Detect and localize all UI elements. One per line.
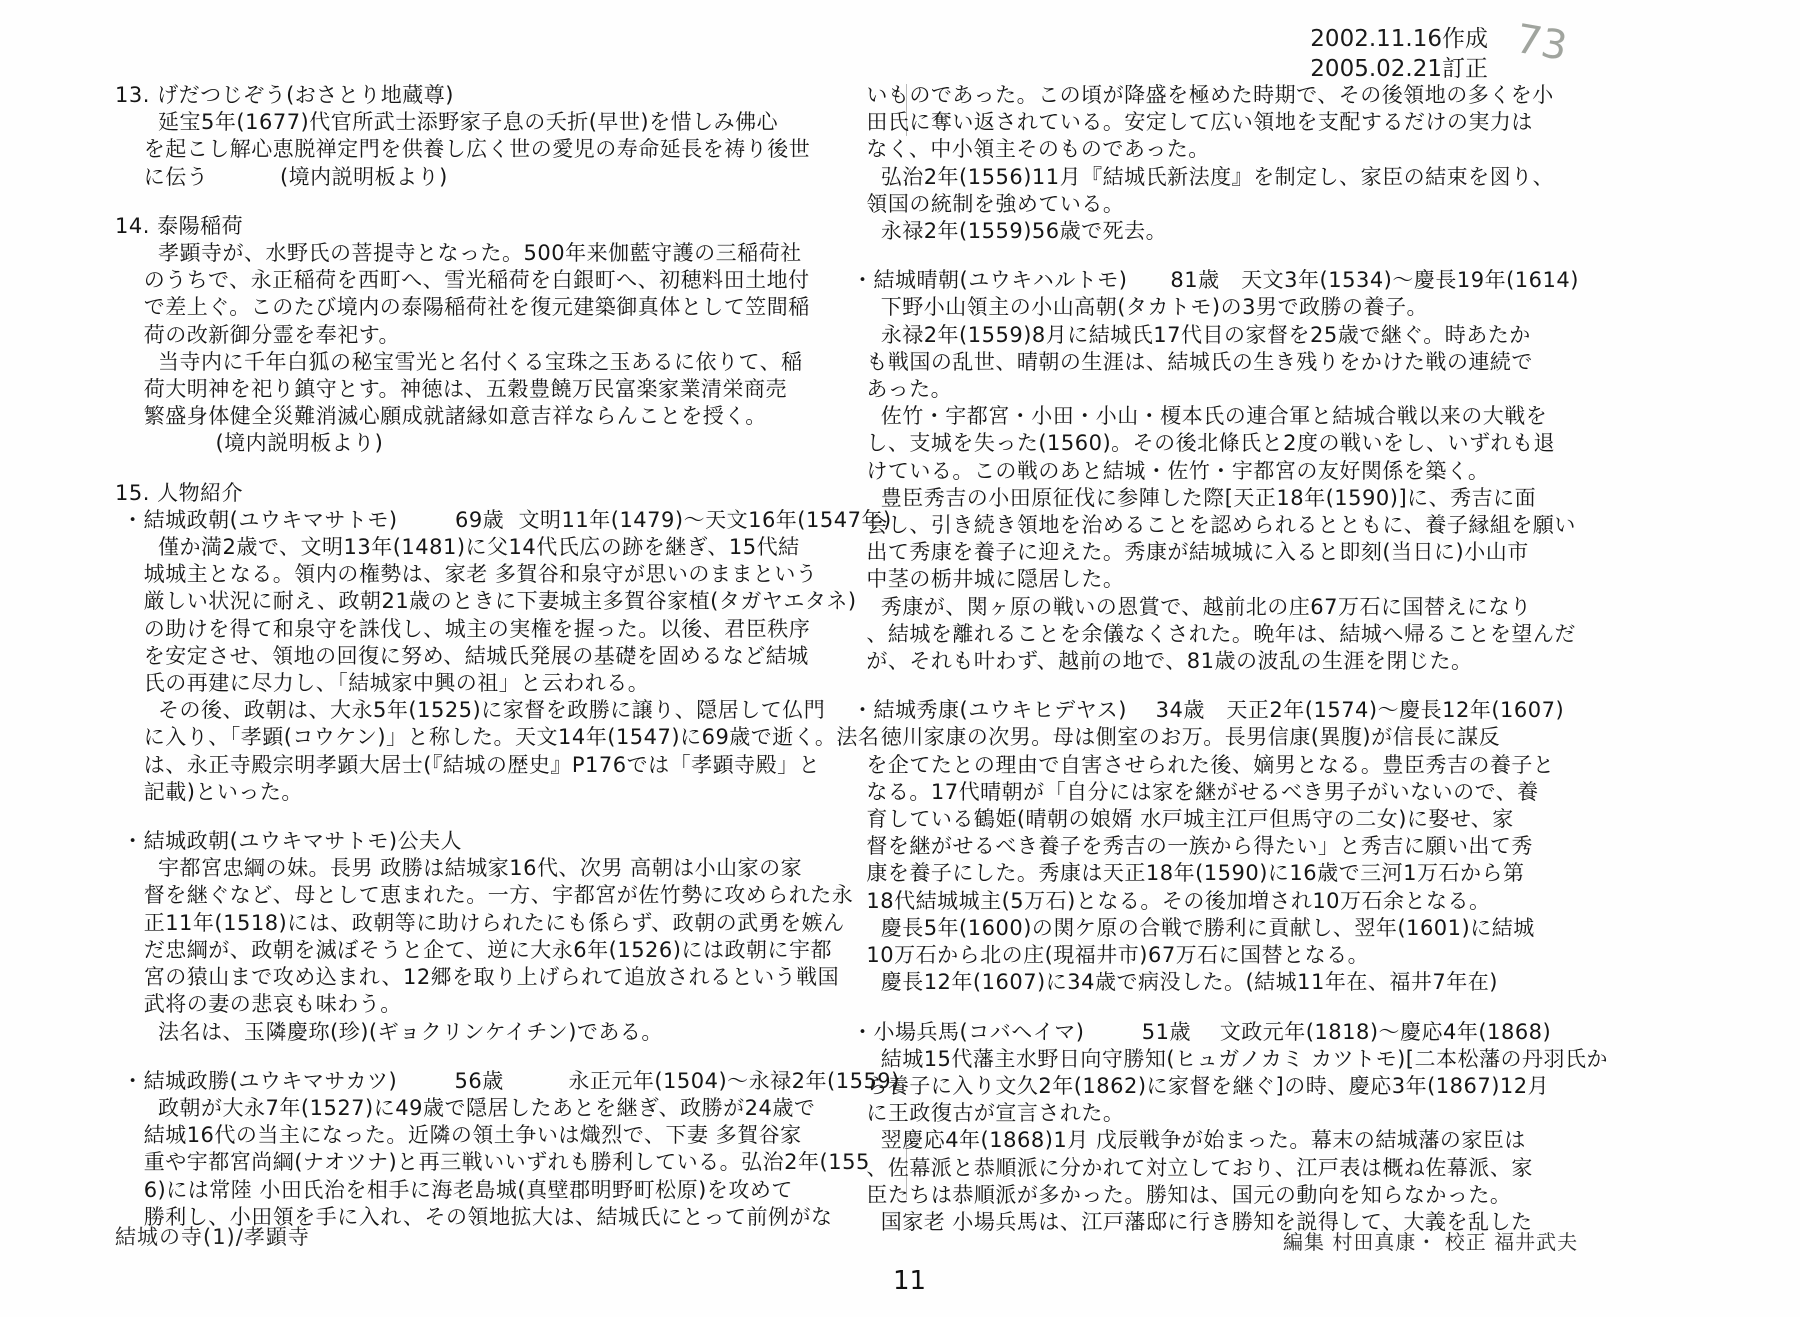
text-line: 徳川家康の次男。母は側室のお万。長男信康(異腹)が信長に謀反: [852, 724, 1572, 751]
text-line: あった。: [852, 376, 1572, 403]
text-line: 結城15代藩主水野日向守勝知(ヒュガノカミ カツトモ)[二本松藩の丹羽氏か: [852, 1046, 1572, 1073]
text-line: 重や宇都宮尚綱(ナオツナ)と再三戦いいずれも勝利している。弘治2年(155: [115, 1149, 820, 1176]
text-line: ・結城晴朝(ユウキハルトモ) 81歳 天文3年(1534)～慶長19年(1614…: [852, 267, 1572, 294]
text-line: 14. 泰陽稲荷: [115, 213, 820, 240]
text-line: で差上ぐ。このたび境内の泰陽稲荷社を復元建築御真体として笠間稲: [115, 294, 820, 321]
text-line: 政朝が大永7年(1527)に49歳で隠居したあとを継ぎ、政勝が24歳で: [115, 1095, 820, 1122]
text-line: 6)には常陸 小田氏治を相手に海老島城(真壁郡明野町松原)を攻めて: [115, 1177, 820, 1204]
text-line: 、佐幕派と恭順派に分かれて対立しており、江戸表は概ね佐幕派、家: [852, 1155, 1572, 1182]
text-line: 延宝5年(1677)代官所武士添野家子息の夭折(早世)を惜しみ佛心: [115, 109, 820, 136]
text-line: 永禄2年(1559)56歳で死去。: [852, 218, 1572, 245]
text-line: 慶長12年(1607)に34歳で病没した。(結城11年在、福井7年在): [852, 969, 1572, 996]
text-line: 宇都宮忠綱の妹。長男 政勝は結城家16代、次男 高朝は小山家の家: [115, 855, 820, 882]
text-line: の助けを得て和泉守を誅伐し、城主の実権を握った。以後、君臣秩序: [115, 616, 820, 643]
text-line: のうちで、永正稲荷を西町へ、雪光稲荷を白銀町へ、初穂料田土地付: [115, 267, 820, 294]
text-line: なく、中小領主そのものであった。: [852, 136, 1572, 163]
text-line: 出て秀康を養子に迎えた。秀康が結城城に入ると即刻(当日に)小山市: [852, 539, 1572, 566]
text-line: 13. げだつじぞう(おさとり地蔵尊): [115, 82, 820, 109]
text-line: 中茎の栃井城に隠居した。: [852, 566, 1572, 593]
text-line: 翌慶応4年(1868)1月 戊辰戦争が始まった。幕末の結城藩の家臣は: [852, 1127, 1572, 1154]
text-line: に王政復古が宣言された。: [852, 1100, 1572, 1127]
text-line: 領国の統制を強めている。: [852, 191, 1572, 218]
text-line: 結城16代の当主になった。近隣の領土争いは熾烈で、下妻 多賀谷家: [115, 1122, 820, 1149]
revision-date-block: 2002.11.16作成 2005.02.21訂正: [1310, 24, 1488, 84]
text-line: が、それも叶わず、越前の地で、81歳の波乱の生涯を閉じた。: [852, 648, 1572, 675]
text-line: いものであった。この頃が降盛を極めた時期で、その後領地の多くを小: [852, 82, 1572, 109]
text-line: を企てたとの理由で自害させられた後、嫡男となる。豊臣秀吉の養子と: [852, 752, 1572, 779]
text-line: ・結城政朝(ユウキマサトモ) 69歳 文明11年(1479)～天文16年(154…: [115, 507, 820, 534]
left-column: 13. げだつじぞう(おさとり地蔵尊) 延宝5年(1677)代官所武士添野家子息…: [115, 82, 820, 1253]
text-line: に伝う (境内説明板より): [115, 164, 820, 191]
scanned-document-page: 2002.11.16作成 2005.02.21訂正 73 13. げだつじぞう(…: [0, 0, 1800, 1317]
section-13-gedatsu-jizo: 13. げだつじぞう(おさとり地蔵尊) 延宝5年(1677)代官所武士添野家子息…: [115, 82, 820, 191]
text-line: 慶長5年(1600)の関ケ原の合戦で勝利に貢献し、翌年(1601)に結城: [852, 915, 1572, 942]
text-line: その後、政朝は、大永5年(1525)に家督を政勝に譲り、隠居して仏門: [115, 697, 820, 724]
text-line: 秀康が、関ヶ原の戦いの恩賞で、越前北の庄67万石に国替えになり: [852, 594, 1572, 621]
text-line: 、結城を離れることを余儀なくされた。晩年は、結城へ帰ることを望んだ: [852, 621, 1572, 648]
created-date: 2002.11.16作成: [1310, 24, 1488, 54]
text-line: は、永正寺殿宗明孝顕大居士(『結城の歴史』P176では「孝顕寺殿」と: [115, 752, 820, 779]
page-number: 11: [893, 1266, 926, 1296]
text-line: 15. 人物紹介: [115, 480, 820, 507]
text-line: 18代結城城主(5万石)となる。その後加増され10万石余となる。: [852, 888, 1572, 915]
text-line: ・結城政勝(ユウキマサカツ) 56歳 永正元年(1504)～永禄2年(1559): [115, 1068, 820, 1095]
text-line: 豊臣秀吉の小田原征伐に参陣した際[天正18年(1590)]に、秀吉に面: [852, 485, 1572, 512]
text-line: 正11年(1518)には、政朝等に助けられたにも係らず、政朝の武勇を嫉ん: [115, 910, 820, 937]
text-line: ・結城秀康(ユウキヒデヤス) 34歳 天正2年(1574)～慶長12年(1607…: [852, 697, 1572, 724]
text-line: 永禄2年(1559)8月に結城氏17代目の家督を25歳で継ぐ。時あたか: [852, 322, 1572, 349]
text-line: 法名は、玉隣慶珎(珍)(ギョクリンケイチン)である。: [115, 1019, 820, 1046]
text-line: 佐竹・宇都宮・小田・小山・榎本氏の連合軍と結城合戦以来の大戦を: [852, 403, 1572, 430]
bio-yuki-masakatsu-continued: いものであった。この頃が降盛を極めた時期で、その後領地の多くを小 田氏に奪い返さ…: [852, 82, 1572, 245]
text-line: けている。この戦のあと結城・佐竹・宇都宮の友好関係を築く。: [852, 458, 1572, 485]
text-line: (境内説明板より): [115, 430, 820, 457]
text-line: ・小場兵馬(コバヘイマ) 51歳 文政元年(1818)～慶応4年(1868): [852, 1019, 1572, 1046]
text-line: 僅か満2歳で、文明13年(1481)に父14代氏広の跡を継ぎ、15代結: [115, 534, 820, 561]
right-column: いものであった。この頃が降盛を極めた時期で、その後領地の多くを小 田氏に奪い返さ…: [852, 82, 1572, 1258]
footer-credits: 編集 村田真康・ 校正 福井武夫: [1283, 1226, 1578, 1252]
text-line: 繁盛身体健全災難消滅心願成就諸縁如意吉祥ならんことを授く。: [115, 403, 820, 430]
text-line: なる。17代晴朝が「自分には家を継がせるべき男子がいないので、養: [852, 779, 1572, 806]
text-line: 城城主となる。領内の権勢は、家老 多賀谷和泉守が思いのままという: [115, 561, 820, 588]
text-line: 当寺内に千年白狐の秘宝雪光と名付くる宝珠之玉あるに依りて、稲: [115, 349, 820, 376]
text-line: ・結城政朝(ユウキマサトモ)公夫人: [115, 828, 820, 855]
revised-date: 2005.02.21訂正: [1310, 54, 1488, 84]
text-line: 督を継がせるべき養子を秀吉の一族から得たい」と秀吉に願い出て秀: [852, 833, 1572, 860]
handwritten-page-note: 73: [1512, 16, 1570, 70]
text-line: 臣たちは恭順派が多かった。勝知は、国元の動向を知らなかった。: [852, 1182, 1572, 1209]
text-line: 弘治2年(1556)11月『結城氏新法度』を制定し、家臣の結束を図り、: [852, 164, 1572, 191]
bio-yuki-harutomo: ・結城晴朝(ユウキハルトモ) 81歳 天文3年(1534)～慶長19年(1614…: [852, 267, 1572, 675]
text-line: を起こし解心恵脱禅定門を供養し広く世の愛児の寿命延長を祷り後世: [115, 136, 820, 163]
text-line: 10万石から北の庄(現福井市)67万石に国替となる。: [852, 942, 1572, 969]
bio-yuki-masakatsu: ・結城政勝(ユウキマサカツ) 56歳 永正元年(1504)～永禄2年(1559)…: [115, 1068, 820, 1231]
text-line: 会し、引き続き領地を治めることを認められるとともに、養子縁組を願い: [852, 512, 1572, 539]
bio-koba-heima: ・小場兵馬(コバヘイマ) 51歳 文政元年(1818)～慶応4年(1868) 結…: [852, 1019, 1572, 1237]
text-line: 記載)といった。: [115, 779, 820, 806]
section-14-taiyo-inari: 14. 泰陽稲荷 孝顕寺が、水野氏の菩提寺となった。500年来伽藍守護の三稲荷社…: [115, 213, 820, 458]
bio-yuki-masatomo-wife: ・結城政朝(ユウキマサトモ)公夫人 宇都宮忠綱の妹。長男 政勝は結城家16代、次…: [115, 828, 820, 1046]
text-line: 田氏に奪い返されている。安定して広い領地を支配するだけの実力は: [852, 109, 1572, 136]
text-line: 下野小山領主の小山高朝(タカトモ)の3男で政勝の養子。: [852, 294, 1572, 321]
text-line: 孝顕寺が、水野氏の菩提寺となった。500年来伽藍守護の三稲荷社: [115, 240, 820, 267]
bio-yuki-hideyasu: ・結城秀康(ユウキヒデヤス) 34歳 天正2年(1574)～慶長12年(1607…: [852, 697, 1572, 996]
text-line: 荷の改新御分霊を奉祀す。: [115, 322, 820, 349]
text-line: も戦国の乱世、晴朝の生涯は、結城氏の生き残りをかけた戦の連続で: [852, 349, 1572, 376]
text-line: 武将の妻の悲哀も味わう。: [115, 991, 820, 1018]
text-line: 氏の再建に尽力し、「結城家中興の祖」と云われる。: [115, 670, 820, 697]
text-line: し、支城を失った(1560)。その後北條氏と2度の戦いをし、いずれも退: [852, 430, 1572, 457]
text-line: を安定させ、領地の回復に努め、結城氏発展の基礎を固めるなど結城: [115, 643, 820, 670]
text-line: に入り、「孝顕(コウケン)」と称した。天文14年(1547)に69歳で逝く。法名: [115, 724, 820, 751]
text-line: ら養子に入り文久2年(1862)に家督を継ぐ]の時、慶応3年(1867)12月: [852, 1073, 1572, 1100]
text-line: 康を養子にした。秀康は天正18年(1590)に16歳で三河1万石から第: [852, 860, 1572, 887]
text-line: 宮の猿山まで攻め込まれ、12郷を取り上げられて追放されるという戦国: [115, 964, 820, 991]
text-line: だ忠綱が、政朝を滅ぼそうと企て、逆に大永6年(1526)には政朝に宇都: [115, 937, 820, 964]
text-line: 督を継ぐなど、母として恵まれた。一方、宇都宮が佐竹勢に攻められた永: [115, 882, 820, 909]
text-line: 荷大明神を祀り鎮守とす。神徳は、五穀豊饒万民富楽家業清栄商売: [115, 376, 820, 403]
text-line: 育している鶴姫(晴朝の娘婿 水戸城主江戸但馬守の二女)に娶せ、家: [852, 806, 1572, 833]
text-line: 厳しい状況に耐え、政朝21歳のときに下妻城主多賀谷家植(タガヤエタネ): [115, 588, 820, 615]
footer-document-title: 結城の寺(1)/孝顕寺: [115, 1221, 310, 1248]
section-15-bio-yuki-masatomo: 15. 人物紹介 ・結城政朝(ユウキマサトモ) 69歳 文明11年(1479)～…: [115, 480, 820, 806]
